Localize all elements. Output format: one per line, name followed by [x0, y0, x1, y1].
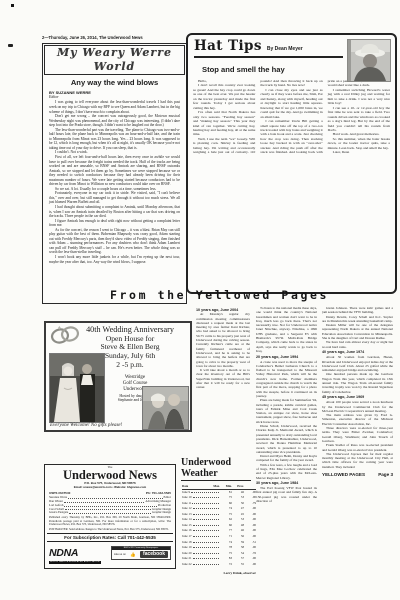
facebook-promo-box: BHG's ND Community Newspapers Like us on… [111, 546, 171, 560]
yellowed-paragraph: We have had rain almost every day or nig… [322, 340, 393, 349]
article-paragraph: I remember switching Howard's water jug … [328, 88, 390, 106]
masthead-fine-print: Published every Thursday by BHG, Inc., P… [45, 515, 175, 526]
dotted-leader [193, 564, 219, 565]
yellowed-paragraph: About 100 people were served a noon lunc… [322, 400, 393, 413]
article-paragraph: I don't recall this country ever looking… [193, 83, 255, 110]
weather-prec: .00 [244, 562, 256, 568]
article-paragraph: I've often said that North Dakota has on… [193, 110, 255, 137]
facebook-wordmark: facebook [140, 551, 168, 558]
weary-column-masthead: My Weary Werre World [44, 45, 185, 75]
newspaper-page: { "page": { "header_line": "2—Thursday, … [0, 0, 400, 600]
dotted-leader [193, 508, 219, 509]
masthead-staff-list: Suzanne WerreEditorDan WinterAdvertising… [45, 496, 175, 516]
dotted-leader [193, 542, 219, 543]
hat-tips-byline: By Dean Meyer [267, 46, 303, 52]
weather-heading: Underwood Weather [181, 457, 251, 481]
dotted-leader [191, 492, 219, 493]
yellowed-paragraph: Three directors were re-elected for thre… [322, 426, 393, 443]
masthead-contact: Email: unews@westriv.com • Website: bhgn… [45, 486, 175, 490]
yellowed-paragraph: Frank Stadler of Ruso was re-elected pre… [322, 443, 393, 452]
yellowed-paragraph: To listen to the national media these da… [256, 306, 317, 353]
dotted-leader [193, 530, 219, 531]
dotted-leader [193, 558, 219, 559]
weather-table-rows: June 98146.00June 107553.00June 116050.7… [182, 490, 256, 568]
hat-tips-column: Hat TipsBy Dean Meyer Stop and smell the… [186, 33, 397, 294]
continued-tag-label: YELLOWED PAGES [322, 473, 365, 477]
ndna-logo: NDNA NORTH DAKOTA NEWSPAPER ASSOCIATION [49, 543, 101, 564]
yellowed-era-heading: 10 years ago, June 2004 [196, 308, 250, 312]
wedding-rings-icon [48, 325, 82, 345]
dotted-leader [64, 500, 145, 503]
article-paragraph: I was going to tell everyone about the l… [49, 100, 180, 114]
yellowed-paragraph: The Underwood Jaycees met for their regu… [322, 452, 393, 469]
yellowed-paragraph: DeAnn Miller will be one of the delegate… [322, 323, 393, 340]
article-paragraph: First of all, we left four-and-a-half ho… [49, 155, 180, 187]
weather-min: 55 [232, 562, 244, 568]
weather-max: 72 [220, 562, 232, 568]
article-paragraph: As for the concert, the reason I went to… [49, 228, 180, 255]
scan-artifact-dot [11, 4, 14, 7]
subscription-rates-line: For Subscription Rates: Call 701-442-553… [47, 533, 173, 542]
article-paragraph: Later, Dean [328, 150, 390, 154]
thumbs-up-icon: 👍 [130, 552, 136, 558]
article-paragraph: I had thought about submitting a complai… [49, 205, 180, 219]
couple-photo [142, 386, 189, 430]
dotted-leader [193, 536, 219, 537]
dotted-leader [193, 514, 219, 515]
continued-tag: YELLOWED PAGESPage 3 [322, 473, 393, 477]
dotted-leader [69, 511, 151, 514]
yellowed-era-heading: 20 years ago, June 1994 [256, 355, 317, 359]
yellowed-era-heading: 30 years ago, June 1984 [256, 481, 317, 485]
weather-col-header: Min. [220, 484, 232, 489]
weather-observer-credit: Larry Dziuk, observer [186, 571, 256, 575]
continued-tag-page: Page 3 [378, 473, 393, 477]
yellowed-column-1: 10 years ago, June 2004At Monday's regul… [196, 306, 250, 456]
yellowed-era-heading: 40 years ago, June 1974 [322, 350, 393, 354]
article-paragraph: Fortunately, everyone in my car took it … [49, 191, 180, 205]
yellowed-paragraph: With a few tears, a few laughs and a loa… [256, 463, 317, 480]
dotted-leader [65, 508, 151, 511]
yellowed-pages-title: From the Yellowed Pages [110, 288, 394, 302]
yellowed-paragraph: Darrel and Myra Helm, Donny and Kayla co… [256, 454, 317, 463]
yellowed-paragraph: It will take about a month or so to clea… [196, 368, 250, 389]
article-paragraph: I can see a 10- or 12-year-old boy the f… [328, 106, 390, 133]
article-paragraph: Don't get me wrong – the concert was out… [49, 114, 180, 128]
ad-footer-line: Everyone Welcome! No gifts please! [50, 423, 138, 428]
dotted-leader [192, 503, 219, 504]
dotted-leader [193, 497, 219, 498]
masthead-postmaster: POSTMASTER: Send address changes to The … [45, 527, 175, 531]
yellowed-era-heading: 45 years ago, June 1969 [322, 395, 393, 399]
scan-artifact-dot [8, 44, 13, 47]
weather-col-header: Prec. [232, 484, 244, 489]
hat-tips-header: Hat TipsBy Dean Meyer [194, 37, 343, 58]
weather-table: DateMax.Min.Prec. June 98146.00June 1075… [182, 484, 256, 567]
weary-article-body: I was going to tell everyone about the l… [43, 99, 186, 306]
yellowed-paragraph: One hundred persons made up the Garrison… [322, 372, 393, 393]
weary-werre-column: My Weary Werre World Any way the wind bl… [42, 43, 187, 304]
yellowed-paragraph: Glenn Johnson. There were kids' games an… [322, 306, 393, 315]
hat-tips-article-body: Hello,I don't recall this country ever l… [188, 79, 395, 277]
yellowed-column-2: To listen to the national media these da… [256, 306, 317, 596]
dotted-leader [193, 547, 219, 548]
dotted-leader [64, 504, 156, 507]
yellowed-paragraph: Diane Scholl, Underwood, received the Ch… [256, 424, 317, 454]
masthead-box: The Underwood News P.O. Box 575, Underwo… [44, 464, 176, 569]
weather-row: June 227255.00 [182, 562, 256, 568]
yellowed-paragraph: Plans are being made for Summerfest '94,… [256, 398, 317, 424]
weary-headline: Any way the wind blows [43, 78, 186, 87]
weather-col-header: Date [182, 484, 208, 489]
article-paragraph: I won't book any more little junkets for… [49, 255, 180, 264]
article-paragraph: I figure Amtrak has enough to deal with … [49, 219, 180, 228]
article-paragraph: I can close my eyes and see just as clea… [260, 88, 322, 119]
columnist-photo [347, 39, 391, 82]
weather-date: June 22 [182, 562, 192, 568]
like-us-label: Like us on [114, 553, 126, 556]
anniversary-ad: 40th Wedding AnniversaryOpen House forSt… [44, 321, 192, 432]
hat-tips-title: Hat Tips [194, 38, 262, 54]
yellowed-paragraph: About 30 women from Garrison, Hazen, Riv… [322, 355, 393, 372]
article-paragraph: The less-than-wonderful part was the tra… [49, 128, 180, 151]
wedding-photo [49, 353, 105, 423]
yellowed-paragraph: Danny Dewitz, Corey Schell and K.C. Snyd… [322, 315, 393, 324]
yellowed-paragraph: The main address was given by Fred G. Si… [322, 413, 393, 426]
yellowed-paragraph: At Monday's regular city commission meet… [196, 312, 250, 368]
article-paragraph: So this summer, when the baler breaks do… [328, 137, 390, 150]
yellowed-paragraph: A crane was used to move the steeple of … [256, 360, 317, 399]
dotted-leader [193, 519, 219, 520]
ndna-logo-bar: NORTH DAKOTA NEWSPAPER ASSOCIATION [49, 561, 101, 564]
dotted-leader [193, 525, 219, 526]
yellowed-paragraph: The Earl Koenig VFW Post hosted its firs… [256, 486, 317, 503]
yellowed-column-3: Glenn Johnson. There were kids' games an… [322, 306, 393, 596]
weather-col-header: Max. [208, 484, 220, 489]
dotted-leader [193, 553, 219, 554]
